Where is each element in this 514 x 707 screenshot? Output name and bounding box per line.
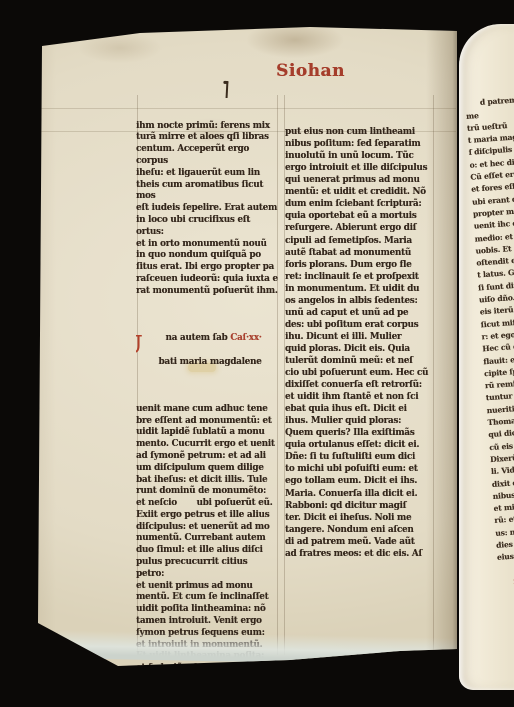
page-bottom-edge <box>58 630 458 666</box>
facing-page-fragments: d patrem me trũ ueſtrũ t maria magd ſ di… <box>466 95 514 562</box>
facing-page-text: d patrem me trũ ueſtrũ t maria magd ſ di… <box>464 82 514 602</box>
right-text-column: put eius non cum lintheami nibus poſitum… <box>285 102 435 584</box>
text-block: put eius non cum lintheami nibus poſitum… <box>285 126 435 560</box>
chapter-opening-text: na autem ſab <box>166 333 231 343</box>
chapter-start: Una autem ſab Caſ·xx· bati maria magdale… <box>136 321 278 380</box>
facing-page: d patrem me trũ ueſtrũ t maria magd ſ di… <box>459 24 514 690</box>
text-block: ihm nocte primũ: ferens mix turã mirre e… <box>136 121 278 298</box>
pen-flourish-stroke <box>226 81 228 98</box>
left-text-column: ihm nocte primũ: ferens mix turã mirre e… <box>136 97 278 699</box>
gutter-shade <box>426 31 457 651</box>
chapter-number-rubric: Caſ·xx· <box>230 333 261 343</box>
chapter-second-line: bati maria magdalene <box>159 357 262 367</box>
manuscript-page: Siohan ihm nocte primũ: ferens mix turã … <box>0 0 514 707</box>
running-header: Siohan <box>276 61 345 81</box>
drop-cap-initial: U <box>136 334 140 355</box>
manuscript-photo: Siohan ihm nocte primũ: ferens mix turã … <box>0 0 514 707</box>
